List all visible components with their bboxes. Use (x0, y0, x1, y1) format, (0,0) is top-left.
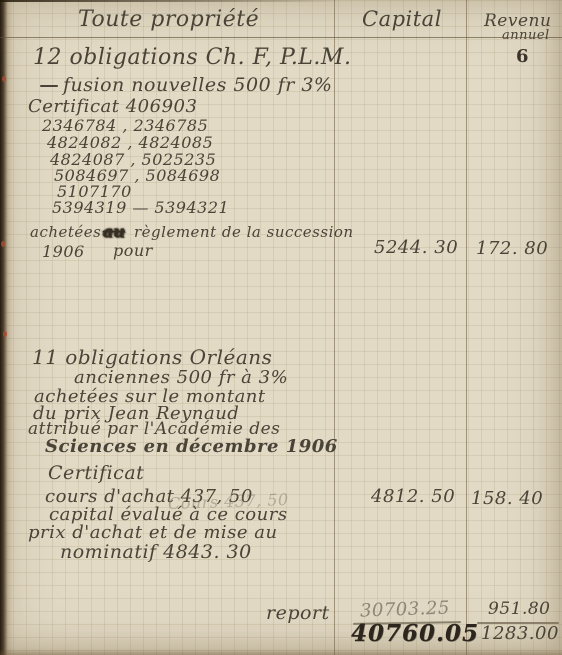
column-rule-revenu (466, 0, 467, 655)
header-rule (0, 37, 562, 38)
entry1-note-reglement: règlement de la succession (134, 225, 354, 240)
entry2-revenu-amount: 158. 40 (471, 490, 543, 508)
entry2-capital-amount: 4812. 50 (371, 488, 455, 506)
entry1-number-row: 5394319 — 5394321 (52, 200, 229, 216)
entry1-number-row: 4824082 , 4824085 (47, 135, 213, 151)
entry2-certificat: Certificat (48, 464, 144, 483)
revenu-report-amount: 951.80 (488, 601, 550, 618)
entry1-subtitle-line: fusion nouvelles 500 fr 3% (40, 76, 333, 95)
column-header-capital: Capital (362, 9, 442, 30)
ledger-page: { "header": { "column1": "Toute propriét… (0, 0, 562, 655)
page-number: 6 (516, 48, 529, 66)
top-edge-shadow (0, 0, 340, 2)
scratched-word: au (103, 222, 125, 241)
column-header-toute-propriete: Toute propriété (78, 9, 259, 31)
entry1-capital-amount: 5244. 30 (374, 239, 458, 257)
entry1-note-achetees: achetées (30, 225, 101, 240)
revenu-total-amount: 1283.00 (481, 625, 559, 643)
entry2-line-anciennes: anciennes 500 fr à 3% (74, 369, 288, 387)
entry1-note-year: 1906 (42, 244, 85, 260)
report-label: report (266, 604, 330, 623)
entry1-certificat-line: Certificat 406903 (28, 98, 197, 116)
binding-edge (0, 0, 13, 655)
red-edge-mark (2, 76, 6, 82)
capital-report-amount: 30703.25 (360, 599, 450, 620)
entry2-line-sciences: Sciences en décembre 1906 (45, 438, 338, 456)
entry1-revenu-amount: 172. 80 (476, 240, 548, 258)
entry2-nominatif: nominatif 4843. 30 (60, 543, 252, 562)
bottom-edge-shadow (0, 649, 562, 655)
red-edge-mark (1, 241, 5, 247)
entry1-number-row: 2346784 , 2346785 (42, 118, 208, 134)
entry2-prix-achat: prix d'achat et de mise au (28, 524, 278, 542)
entry2-title-line: 11 obligations Orléans (32, 347, 272, 367)
capital-total-amount: 40760.05 (351, 622, 479, 645)
red-edge-mark (3, 331, 7, 337)
column-rule-capital (334, 0, 335, 655)
column-header-annuel: annuel (502, 29, 550, 42)
entry1-title-line: 12 obligations Ch. F, P.L.M. (33, 47, 351, 69)
